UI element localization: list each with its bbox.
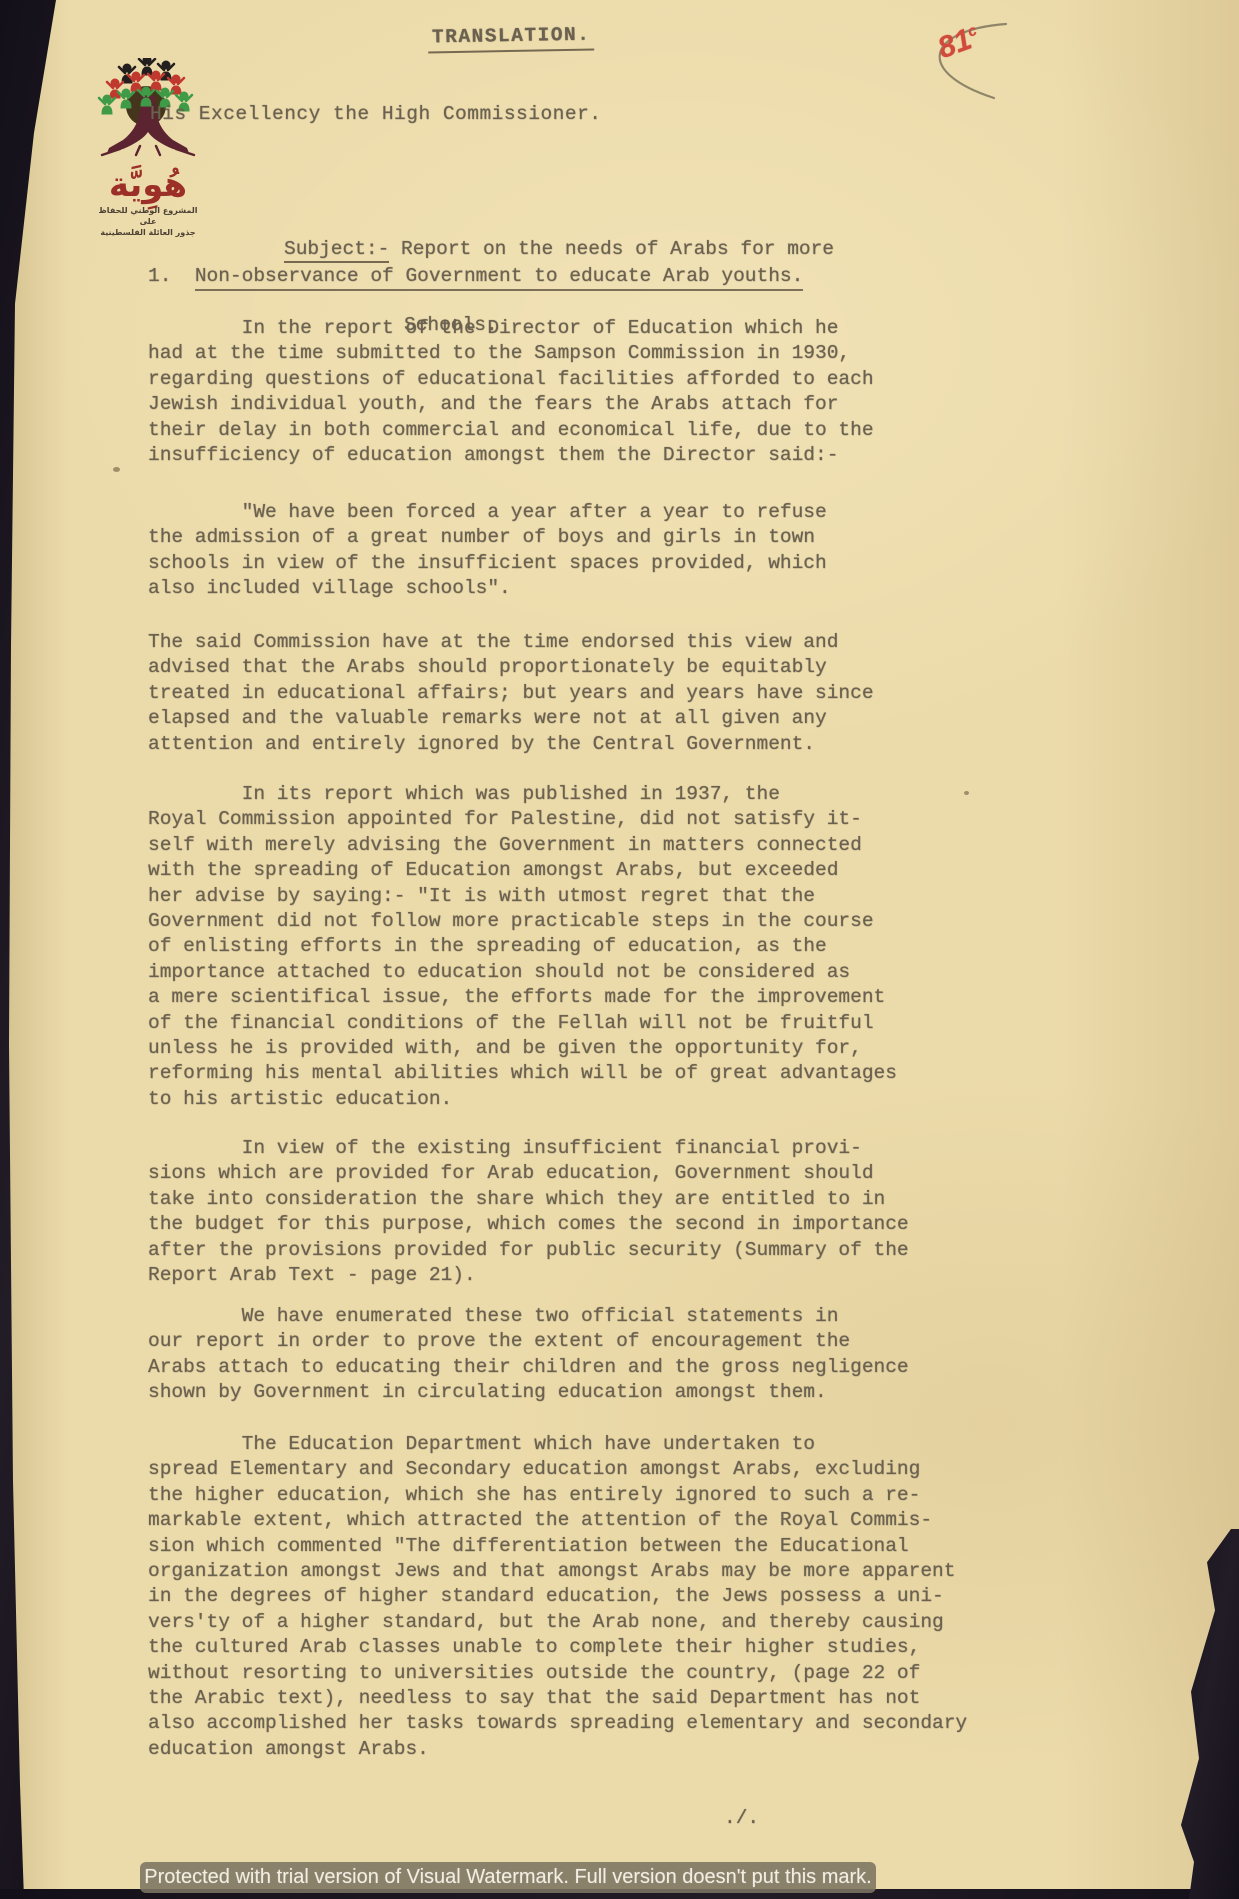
section-heading: 1. Non-observance of Government to educa…	[148, 264, 803, 289]
trial-watermark-banner: Protected with trial version of Visual W…	[140, 1862, 876, 1893]
logo-wordmark-arabic: هُوِيَّة	[96, 167, 200, 204]
paragraph-6: We have enumerated these two official st…	[148, 1304, 909, 1406]
section-number: 1.	[148, 265, 195, 287]
subject-line1: Subject:- Report on the needs of Arabs f…	[284, 237, 834, 262]
continuation-mark: ./.	[724, 1806, 759, 1831]
paragraph-1: In the report of the Director of Educati…	[148, 316, 874, 468]
scan-edge-left	[0, 0, 70, 1899]
logo-tagline-line1: المشروع الوطني للحفاظ على	[96, 206, 200, 228]
scanned-document-page: هُوِيَّة المشروع الوطني للحفاظ على جذور …	[0, 0, 1239, 1899]
logo-tagline-arabic: المشروع الوطني للحفاظ على جذور العائلة ا…	[96, 206, 200, 238]
paragraph-4: In its report which was published in 193…	[148, 782, 897, 1112]
paragraph-5: In view of the existing insufficient fin…	[148, 1136, 909, 1288]
subject-text: Report on the needs of Arabs for more	[389, 238, 834, 260]
document-title: TRANSLATION.	[428, 23, 595, 54]
paragraph-7: The Education Department which have unde…	[148, 1432, 967, 1762]
paragraph-2-quote: "We have been forced a year after a year…	[148, 500, 827, 602]
subject-label: Subject:-	[284, 238, 389, 263]
logo-tagline-line2: جذور العائلة الفلسطينية	[96, 228, 200, 239]
paper-speck	[964, 791, 969, 795]
salutation-line: His Excellency the High Commissioner.	[150, 102, 601, 127]
archive-logo: هُوِيَّة المشروع الوطني للحفاظ على جذور …	[96, 58, 200, 239]
paragraph-3: The said Commission have at the time end…	[148, 630, 874, 757]
scan-edge-bottom-right	[1139, 1529, 1239, 1899]
section-heading-text: Non-observance of Government to educate …	[195, 265, 804, 291]
paper-speck	[113, 467, 120, 472]
